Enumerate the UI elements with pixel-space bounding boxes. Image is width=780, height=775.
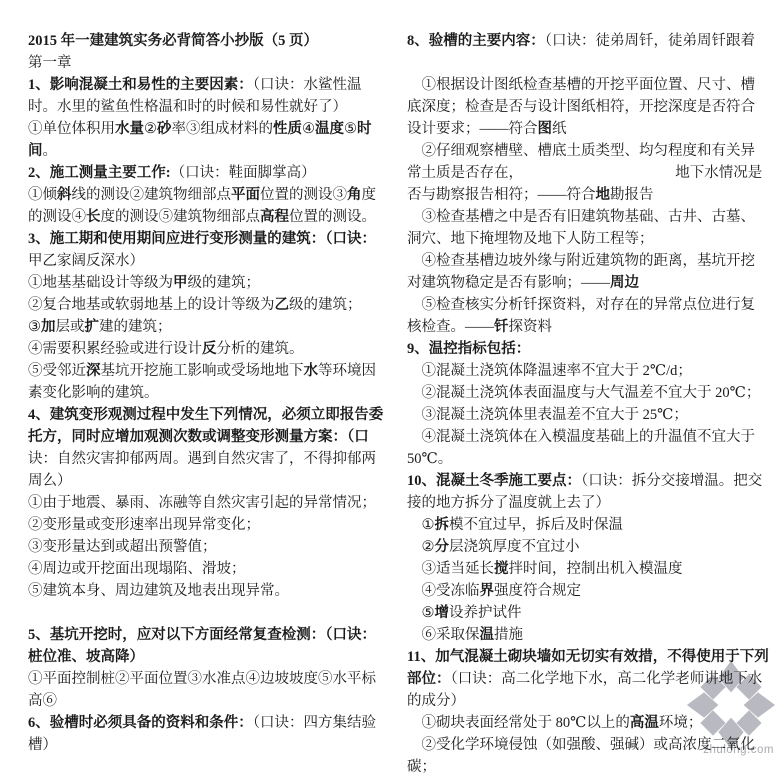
text-run: 乙 bbox=[275, 297, 290, 313]
text-run: 9、温控指标包括： bbox=[407, 341, 530, 357]
paragraph: 2、施工测量主要工作:（口诀：鞋面脚掌高） bbox=[28, 162, 390, 184]
paragraph: ①砌块表面经常处于 80℃以上的高温环境； bbox=[407, 712, 769, 734]
text-run: 分 bbox=[435, 539, 450, 555]
paragraph: 第一章 bbox=[28, 52, 390, 74]
text-run: 扩 bbox=[85, 319, 100, 335]
text-run: ④需要积累经验或进行设计 bbox=[28, 341, 202, 357]
paragraph: ①倾斜线的测设②建筑物细部点平面位置的测设③角度的测设④长度的测设⑤建筑物细部点… bbox=[28, 184, 390, 228]
text-run: 第一章 bbox=[28, 55, 72, 71]
text-run: ③适当延长 bbox=[422, 561, 495, 577]
text-run: 强度符合规定 bbox=[494, 583, 581, 599]
text-run: 地 bbox=[596, 187, 611, 203]
paragraph: ①拆模不宜过早，拆后及时保温 bbox=[407, 514, 769, 536]
text-run: ②受化学环境侵蚀（如强酸、强碱）或高浓度二氧化碳； bbox=[407, 737, 755, 775]
text-run: 高温 bbox=[630, 715, 659, 731]
paragraph: ①平面控制桩②平面位置③水准点④边坡坡度⑤水平标高⑥ bbox=[28, 668, 390, 712]
text-run: 加 bbox=[41, 319, 56, 335]
text-run: 4、建筑变形观测过程中发生下列情况，必须立即报告委托方，同时应增加观测次数或调整… bbox=[28, 407, 383, 445]
paragraph: ⑤检查核实分析钎探资料，对存在的异常点位进行复核检查。——钎探资料 bbox=[407, 294, 769, 338]
text-run: ①由于地震、暴雨、冻融等自然灾害引起的异常情况； bbox=[28, 495, 376, 511]
paragraph: ②变形量或变形速率出现异常变化； bbox=[28, 514, 390, 536]
text-run: 勘报告 bbox=[610, 187, 654, 203]
text-run: 平面 bbox=[231, 187, 260, 203]
text-run: ③ bbox=[28, 319, 41, 335]
text-run: 斜 bbox=[57, 187, 72, 203]
text-run: 分析的建筑。 bbox=[217, 341, 304, 357]
text-run: 甲 bbox=[173, 275, 188, 291]
text-run: 模不宜过早，拆后及时保温 bbox=[449, 517, 623, 533]
text-run: 周边 bbox=[610, 275, 639, 291]
paragraph: ②受化学环境侵蚀（如强酸、强碱）或高浓度二氧化碳； bbox=[407, 734, 769, 775]
paragraph: ③适当延长搅拌时间，控制出机入模温度 bbox=[407, 558, 769, 580]
blank-line bbox=[28, 602, 390, 624]
paragraph: ④混凝土浇筑体在入模温度基础上的升温值不宜大于 50℃。 bbox=[407, 426, 769, 470]
text-run: （口诀：鞋面脚掌高） bbox=[171, 165, 316, 181]
paragraph: ①地基基础设计等级为甲级的建筑； bbox=[28, 272, 390, 294]
text-run: 级的建筑； bbox=[188, 275, 261, 291]
paragraph: 2015 年一建建筑实务必背简答小抄版（5 页） bbox=[28, 30, 390, 52]
paragraph: ⑤受邻近深基坑开挖施工影响或受场地地下水等环境因素变化影响的建筑。 bbox=[28, 360, 390, 404]
text-run: ⑤建筑本身、周边建筑及地表出现异常。 bbox=[28, 583, 289, 599]
text-run: 3、施工期和使用期间应进行变形测量的建筑：（口诀： bbox=[28, 231, 376, 247]
text-run: ⑤受邻近 bbox=[28, 363, 86, 379]
paragraph: ①由于地震、暴雨、冻融等自然灾害引起的异常情况； bbox=[28, 492, 390, 514]
paragraph: ①单位体积用水量②砂率③组成材料的性质④温度⑤时间。 bbox=[28, 118, 390, 162]
text-run: 角 bbox=[347, 187, 362, 203]
text-run: 长 bbox=[86, 209, 101, 225]
text-run: ① bbox=[422, 517, 435, 533]
text-run: 建的建筑； bbox=[99, 319, 172, 335]
paragraph: ②混凝土浇筑体表面温度与大气温差不宜大于 20℃； bbox=[407, 382, 769, 404]
text-run: 2015 年一建建筑实务必背简答小抄版（5 页） bbox=[28, 33, 318, 49]
text-run: 环境； bbox=[659, 715, 703, 731]
text-run: 5、基坑开挖时，应对以下方面经常复查检测：（口诀：桩位准、坡高降） bbox=[28, 627, 376, 665]
paragraph: 1、影响混凝土和易性的主要因素：（口诀：水鲨性温时。水里的鲨鱼性格温和时的时候和… bbox=[28, 74, 390, 118]
text-run: 线的测设②建筑物细部点 bbox=[72, 187, 232, 203]
paragraph: ②复合地基或软弱地基上的设计等级为乙级的建筑； bbox=[28, 294, 390, 316]
paragraph: ④周边或开挖面出现塌陷、滑坡； bbox=[28, 558, 390, 580]
text-run: ③混凝土浇筑体里表温差不宜大于 25℃； bbox=[422, 407, 688, 423]
text-run: 温 bbox=[480, 627, 495, 643]
text-run: ①单位体积用 bbox=[28, 121, 115, 137]
text-run: 图 bbox=[538, 121, 553, 137]
paragraph: ④受冻临界强度符合规定 bbox=[407, 580, 769, 602]
text-run: ③检查基槽之中是否有旧建筑物基础、古井、古墓、洞穴、地下掩埋物及地下人防工程等； bbox=[407, 209, 755, 247]
text-run: ②混凝土浇筑体表面温度与大气温差不宜大于 20℃； bbox=[422, 385, 761, 401]
text-run: 诀：自然灾害抑郁两周。遇到自然灾害了，不得抑郁两周么） bbox=[28, 451, 376, 489]
text-run: ①地基基础设计等级为 bbox=[28, 275, 173, 291]
text-run: 层浇筑厚度不宜过小 bbox=[449, 539, 580, 555]
text-run: ③变形量达到或超出预警值； bbox=[28, 539, 217, 555]
paragraph: 8、验槽的主要内容：（口诀：徒弟周钎，徒弟周钎跟着 bbox=[407, 30, 769, 52]
text-run: 2、施工测量主要工作: bbox=[28, 165, 171, 181]
text-run: ①混凝土浇筑体降温速率不宜大于 2℃/d； bbox=[422, 363, 692, 379]
text-run: 度的测设⑤建筑物细部点 bbox=[101, 209, 261, 225]
text-run: ②复合地基或软弱地基上的设计等级为 bbox=[28, 297, 275, 313]
paragraph: ③加层或扩建的建筑； bbox=[28, 316, 390, 338]
text-run: 水量 bbox=[115, 121, 144, 137]
text-run: 措施 bbox=[494, 627, 523, 643]
paragraph: ②仔细观察槽壁、槽底土质类型、均匀程度和有关异常土质是否存在， 地下水情况是否与… bbox=[407, 140, 769, 206]
paragraph: 10、混凝土冬季施工要点：（口诀：拆分交接增温。把交接的地方拆分了温度就上去了） bbox=[407, 470, 769, 514]
text-run: ⑤ bbox=[422, 605, 435, 621]
text-run: ①根据设计图纸检查基槽的开挖平面位置、尺寸、槽底深度；检查是否与设计图纸相符，开… bbox=[407, 77, 755, 137]
text-run: 甲乙家阔反深水） bbox=[28, 253, 144, 269]
text-run: ② bbox=[422, 539, 435, 555]
text-run: 率③组成材料的 bbox=[172, 121, 274, 137]
text-run: ⑥采取保 bbox=[422, 627, 480, 643]
paragraph: ①根据设计图纸检查基槽的开挖平面位置、尺寸、槽底深度；检查是否与设计图纸相符，开… bbox=[407, 74, 769, 140]
paragraph: ④需要积累经验或进行设计反分析的建筑。 bbox=[28, 338, 390, 360]
text-run: 位置的测设。 bbox=[289, 209, 376, 225]
text-run: （口诀：徒弟周钎，徒弟周钎跟着 bbox=[545, 33, 755, 49]
paragraph: ⑤增设养护试件 bbox=[407, 602, 769, 624]
left-text-column: 2015 年一建建筑实务必背简答小抄版（5 页）第一章1、影响混凝土和易性的主要… bbox=[28, 30, 390, 756]
paragraph: ③变形量达到或超出预警值； bbox=[28, 536, 390, 558]
text-run: （口诀：高二化学地下水，高二化学老师讲地下水的成分） bbox=[407, 671, 762, 709]
text-run: 8、验槽的主要内容： bbox=[407, 33, 545, 49]
text-run: 1、影响混凝土和易性的主要因素： bbox=[28, 77, 253, 93]
text-run: 增 bbox=[435, 605, 450, 621]
text-run: 界 bbox=[480, 583, 495, 599]
text-run: 深 bbox=[86, 363, 101, 379]
paragraph: 3、施工期和使用期间应进行变形测量的建筑：（口诀：甲乙家阔反深水） bbox=[28, 228, 390, 272]
text-run: 拌时间，控制出机入模温度 bbox=[509, 561, 683, 577]
paragraph: ④检查基槽边坡外缘与附近建筑物的距离，基坑开挖对建筑物稳定是否有影响；——周边 bbox=[407, 250, 769, 294]
text-run: ②变形量或变形速率出现异常变化； bbox=[28, 517, 260, 533]
text-run: 基坑开挖施工影响或受场地地下 bbox=[101, 363, 304, 379]
blank-line bbox=[407, 52, 769, 74]
text-run: 设养护试件 bbox=[449, 605, 522, 621]
text-run: 层或 bbox=[56, 319, 85, 335]
text-run: 钎 bbox=[494, 319, 509, 335]
paragraph: ⑤建筑本身、周边建筑及地表出现异常。 bbox=[28, 580, 390, 602]
text-run: ② bbox=[144, 121, 157, 137]
text-run: 拆 bbox=[435, 517, 450, 533]
text-run: 级的建筑； bbox=[289, 297, 362, 313]
text-run: 性质 bbox=[273, 121, 302, 137]
text-run: ④受冻临 bbox=[422, 583, 480, 599]
paragraph: ⑥采取保温措施 bbox=[407, 624, 769, 646]
text-run: 纸 bbox=[552, 121, 567, 137]
text-run: ①平面控制桩②平面位置③水准点④边坡坡度⑤水平标高⑥ bbox=[28, 671, 376, 709]
paragraph: ②分层浇筑厚度不宜过小 bbox=[407, 536, 769, 558]
text-run: 。 bbox=[43, 143, 58, 159]
text-run: 高程 bbox=[260, 209, 289, 225]
text-run: ④检查基槽边坡外缘与附近建筑物的距离，基坑开挖对建筑物稳定是否有影响；—— bbox=[407, 253, 755, 291]
paragraph: ③检查基槽之中是否有旧建筑物基础、古井、古墓、洞穴、地下掩埋物及地下人防工程等； bbox=[407, 206, 769, 250]
text-run: 水 bbox=[304, 363, 319, 379]
text-run: 探资料 bbox=[509, 319, 553, 335]
paragraph: 9、温控指标包括： bbox=[407, 338, 769, 360]
text-run: ⑤ bbox=[344, 121, 357, 137]
text-run: 6、验槽时必须具备的资料和条件： bbox=[28, 715, 253, 731]
text-run: ④ bbox=[302, 121, 315, 137]
document-page: zhulong.com 2015 年一建建筑实务必背简答小抄版（5 页）第一章1… bbox=[0, 0, 780, 775]
right-text-column: 8、验槽的主要内容：（口诀：徒弟周钎，徒弟周钎跟着①根据设计图纸检查基槽的开挖平… bbox=[407, 30, 769, 775]
text-run: 温度 bbox=[315, 121, 344, 137]
text-run: 砂 bbox=[157, 121, 172, 137]
text-run: ④周边或开挖面出现塌陷、滑坡； bbox=[28, 561, 246, 577]
text-run: ①倾 bbox=[28, 187, 57, 203]
text-run: 搅 bbox=[494, 561, 509, 577]
text-run: 位置的测设③ bbox=[260, 187, 347, 203]
text-run: 反 bbox=[202, 341, 217, 357]
paragraph: 11、加气混凝土砌块墙如无切实有效措，不得使用于下列部位：（口诀：高二化学地下水… bbox=[407, 646, 769, 712]
paragraph: 5、基坑开挖时，应对以下方面经常复查检测：（口诀：桩位准、坡高降） bbox=[28, 624, 390, 668]
paragraph: 4、建筑变形观测过程中发生下列情况，必须立即报告委托方，同时应增加观测次数或调整… bbox=[28, 404, 390, 492]
text-run bbox=[516, 165, 676, 181]
text-run: ⑤检查核实分析钎探资料，对存在的异常点位进行复核检查。—— bbox=[407, 297, 755, 335]
text-run: ①砌块表面经常处于 80℃以上的 bbox=[422, 715, 630, 731]
text-run: ④混凝土浇筑体在入模温度基础上的升温值不宜大于 50℃。 bbox=[407, 429, 755, 467]
paragraph: ③混凝土浇筑体里表温差不宜大于 25℃； bbox=[407, 404, 769, 426]
paragraph: 6、验槽时必须具备的资料和条件：（口诀：四方集结验槽） bbox=[28, 712, 390, 756]
text-run: 10、混凝土冬季施工要点： bbox=[407, 473, 581, 489]
paragraph: ①混凝土浇筑体降温速率不宜大于 2℃/d； bbox=[407, 360, 769, 382]
